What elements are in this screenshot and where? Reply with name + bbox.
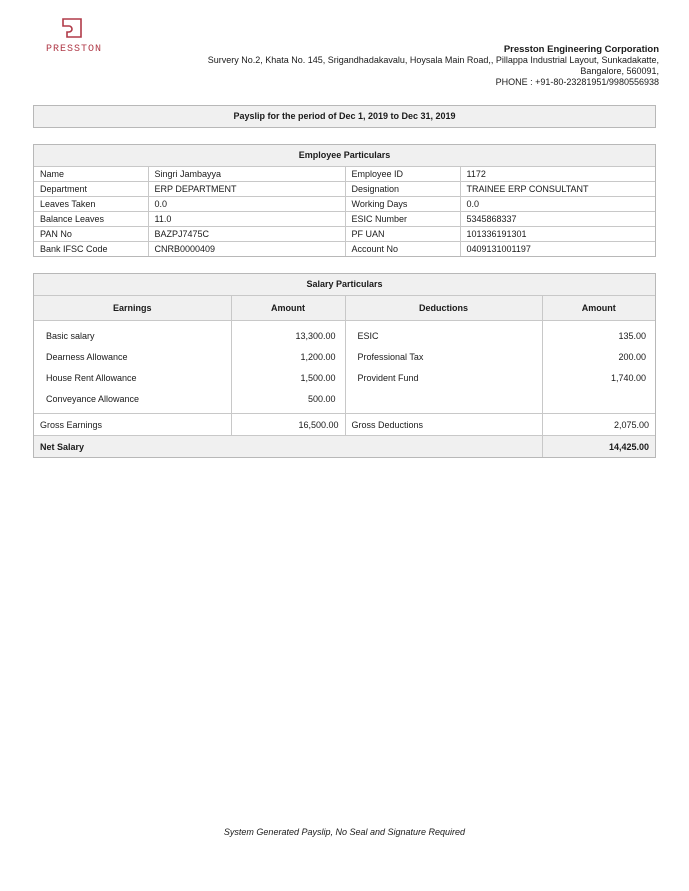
deduction-amount: 200.00 (543, 350, 656, 371)
company-address-line1: Survery No.2, Khata No. 145, Srigandhada… (208, 55, 659, 66)
employee-row: DepartmentERP DEPARTMENTDesignationTRAIN… (34, 182, 655, 197)
gross-deductions-amount: 2,075.00 (542, 414, 655, 436)
employee-table: NameSingri JambayyaEmployee ID1172Depart… (34, 167, 655, 256)
company-address-line2: Bangalore, 560091, (208, 66, 659, 77)
employee-row: PAN NoBAZPJ7475CPF UAN101336191301 (34, 227, 655, 242)
earnings-labels: Basic salaryDearness AllowanceHouse Rent… (34, 321, 231, 414)
deduction-amount: 1,740.00 (543, 371, 656, 392)
gross-earnings-label: Gross Earnings (34, 414, 231, 436)
field-value: 101336191301 (460, 227, 655, 242)
deductions-header: Deductions (345, 296, 542, 321)
field-label: Bank IFSC Code (34, 242, 148, 257)
field-value: ERP DEPARTMENT (148, 182, 345, 197)
deductions-amounts: 135.00200.001,740.00 (542, 321, 655, 414)
employee-row: Bank IFSC CodeCNRB0000409Account No04091… (34, 242, 655, 257)
employee-row: NameSingri JambayyaEmployee ID1172 (34, 167, 655, 182)
field-value: Singri Jambayya (148, 167, 345, 182)
employee-row: Leaves Taken0.0Working Days0.0 (34, 197, 655, 212)
field-label: Leaves Taken (34, 197, 148, 212)
employee-particulars-title: Employee Particulars (34, 145, 655, 167)
earnings-amount-header: Amount (231, 296, 345, 321)
earning-label: House Rent Allowance (34, 371, 231, 392)
earning-label: Dearness Allowance (34, 350, 231, 371)
field-label: Balance Leaves (34, 212, 148, 227)
earning-amount: 1,200.00 (232, 350, 345, 371)
field-value: 0.0 (148, 197, 345, 212)
field-value: 5345868337 (460, 212, 655, 227)
field-label: Employee ID (345, 167, 460, 182)
deduction-label: ESIC (346, 329, 542, 350)
salary-table: Earnings Amount Deductions Amount Basic … (34, 296, 655, 457)
salary-particulars: Salary Particulars Earnings Amount Deduc… (33, 273, 656, 458)
net-salary-amount: 14,425.00 (542, 436, 655, 458)
company-phone: PHONE : +91-80-23281951/9980556938 (208, 77, 659, 88)
deductions-labels: ESICProfessional TaxProvident Fund (345, 321, 542, 414)
earnings-header: Earnings (34, 296, 231, 321)
field-value: CNRB0000409 (148, 242, 345, 257)
earnings-amounts: 13,300.001,200.001,500.00500.00 (231, 321, 345, 414)
gross-deductions-label: Gross Deductions (345, 414, 542, 436)
company-logo: PRESSTON (46, 16, 102, 60)
earning-label: Conveyance Allowance (34, 392, 231, 413)
payslip-period: Payslip for the period of Dec 1, 2019 to… (33, 105, 656, 128)
earning-amount: 13,300.00 (232, 329, 345, 350)
company-name: Presston Engineering Corporation (208, 44, 659, 55)
salary-particulars-title: Salary Particulars (34, 274, 655, 296)
earning-amount: 1,500.00 (232, 371, 345, 392)
presston-logo-icon (62, 18, 82, 38)
earning-amount: 500.00 (232, 392, 345, 413)
field-label: PAN No (34, 227, 148, 242)
employee-row: Balance Leaves11.0ESIC Number5345868337 (34, 212, 655, 227)
field-label: Name (34, 167, 148, 182)
earning-label: Basic salary (34, 329, 231, 350)
field-value: 0.0 (460, 197, 655, 212)
deductions-amount-header: Amount (542, 296, 655, 321)
net-salary-label: Net Salary (34, 436, 542, 458)
field-value: 11.0 (148, 212, 345, 227)
field-value: 1172 (460, 167, 655, 182)
field-label: PF UAN (345, 227, 460, 242)
company-header: Presston Engineering Corporation Survery… (208, 44, 659, 88)
field-label: Account No (345, 242, 460, 257)
gross-earnings-amount: 16,500.00 (231, 414, 345, 436)
field-value: BAZPJ7475C (148, 227, 345, 242)
field-label: ESIC Number (345, 212, 460, 227)
field-value: 0409131001197 (460, 242, 655, 257)
field-label: Designation (345, 182, 460, 197)
logo-text: PRESSTON (46, 44, 102, 55)
field-label: Department (34, 182, 148, 197)
deduction-amount: 135.00 (543, 329, 656, 350)
employee-particulars: Employee Particulars NameSingri Jambayya… (33, 144, 656, 257)
footer-note: System Generated Payslip, No Seal and Si… (0, 827, 689, 837)
field-label: Working Days (345, 197, 460, 212)
field-value: TRAINEE ERP CONSULTANT (460, 182, 655, 197)
deduction-label: Provident Fund (346, 371, 542, 392)
deduction-label: Professional Tax (346, 350, 542, 371)
